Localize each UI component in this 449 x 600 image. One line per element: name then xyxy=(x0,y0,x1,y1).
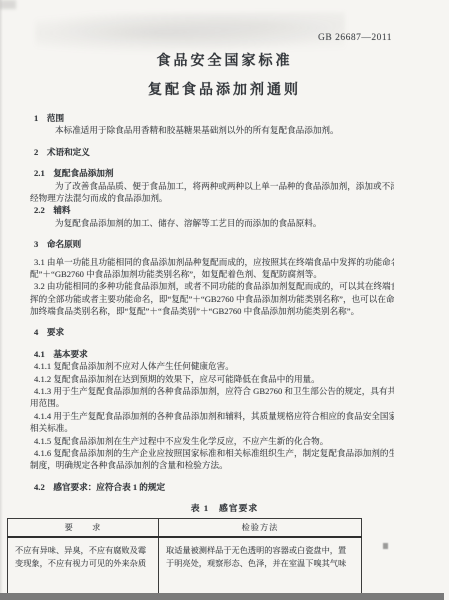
document-line: 挥的全部功能或者主要功能命名，即“复配”＋“GB2760 中食品添加剂功能类别名… xyxy=(30,293,394,305)
scan-smudge xyxy=(35,12,345,54)
document-line: 4.1.4 用于生产复配食品添加剂的各种食品添加剂和辅料，其质量规格应符合相应的… xyxy=(30,410,394,422)
document-line: 制度，明确规定各种食品添加剂的含量和检验方法。 xyxy=(30,459,394,471)
document-line: 2.1 复配食品添加剂 xyxy=(30,167,394,179)
document-line: 3 命名原则 xyxy=(30,238,394,250)
scan-edge-shadow xyxy=(0,0,3,600)
document-body: 1 范围本标准适用于除食品用香精和胶基糖果基础剂以外的所有复配食品添加剂。2 术… xyxy=(0,112,449,493)
table-row: 不应有异味、异臭，不应有腐败及霉变现象，不应有视力可见的外来杂质取适量被测样品于… xyxy=(8,537,362,594)
document-line: 4.1.6 复配食品添加剂的生产企业应按照国家标准和相关标准组织生产，制定复配食… xyxy=(30,447,394,459)
document-line: 1 范围 xyxy=(30,112,394,124)
document-line: 4.1.3 用于生产复配食品添加剂的各种食品添加剂，应符合 GB2760 和卫生… xyxy=(30,385,394,397)
document-line: 相关标准。 xyxy=(30,422,394,434)
document-line: 4.1.5 复配食品添加剂在生产过程中不应发生化学反应，不应产生新的化合物。 xyxy=(30,435,394,447)
document-line: 3.1 由单一功能且功能相同的食品添加剂品种复配而成的，应按照其在终端食品中发挥… xyxy=(30,256,394,268)
scan-footer-bar xyxy=(0,593,444,600)
document-line: 4.1.2 复配食品添加剂在达到预期的效果下，应尽可能降低在食品中的用量。 xyxy=(30,373,394,385)
document-line: 2 术语和定义 xyxy=(30,146,394,158)
cell-requirement: 不应有异味、异臭，不应有腐败及霉变现象，不应有视力可见的外来杂质 xyxy=(8,537,159,594)
standard-number: GB 26687—2011 xyxy=(318,33,392,43)
document-line: 4.1 基本要求 xyxy=(30,348,394,360)
document-line: 加终端食品类别名称，即“复配”＋“食品类别”＋“GB2760 中食品添加剂功能类… xyxy=(30,305,394,317)
table-header-method: 检验方法 xyxy=(159,519,362,538)
table-caption: 表 1 感官要求 xyxy=(0,501,449,514)
document-title-line2: 复配食品添加剂通则 xyxy=(0,79,449,99)
document-line: 配”＋“GB2760 中食品添加剂功能类别名称”，如复配着色剂、复配防腐剂等。 xyxy=(30,268,394,280)
document-line: 4.2 感官要求：应符合表 1 的规定 xyxy=(30,481,394,493)
document-line: 4.1.1 复配食品添加剂不应对人体产生任何健康危害。 xyxy=(30,360,394,372)
table-header-row: 要 求 检验方法 xyxy=(8,519,362,538)
document-line: 3.2 由功能相同的多种功能食品添加剂，或者不同功能的食品添加剂复配而成的，可以… xyxy=(30,280,394,292)
document-line: 为复配食品添加剂的加工、储存、溶解等工艺目的而添加的食品原料。 xyxy=(30,217,394,229)
scan-ink-mark xyxy=(383,543,388,549)
document-line: 用范围。 xyxy=(30,397,394,409)
document-line: 本标准适用于除食品用香精和胶基糖果基础剂以外的所有复配食品添加剂。 xyxy=(30,124,394,136)
sensory-requirements-table: 要 求 检验方法 不应有异味、异臭，不应有腐败及霉变现象，不应有视力可见的外来杂… xyxy=(7,518,362,594)
document-line: 经物理方法混匀而成的食品添加剂。 xyxy=(30,192,394,204)
cell-method: 取适量被测样品于无色透明的容器或白瓷盘中，置于明亮处，观察形态、色泽，并在室温下… xyxy=(159,537,362,594)
document-line: 为了改善食品品质、便于食品加工，将两种或两种以上单一品种的食品添加剂，添加或不添… xyxy=(30,180,394,192)
document-line: 2.2 辅料 xyxy=(30,204,394,216)
document-line: 4 要求 xyxy=(30,326,394,338)
scanned-document-page: GB 26687—2011 食品安全国家标准 复配食品添加剂通则 1 范围本标准… xyxy=(0,0,449,600)
table-header-requirement: 要 求 xyxy=(8,519,159,538)
